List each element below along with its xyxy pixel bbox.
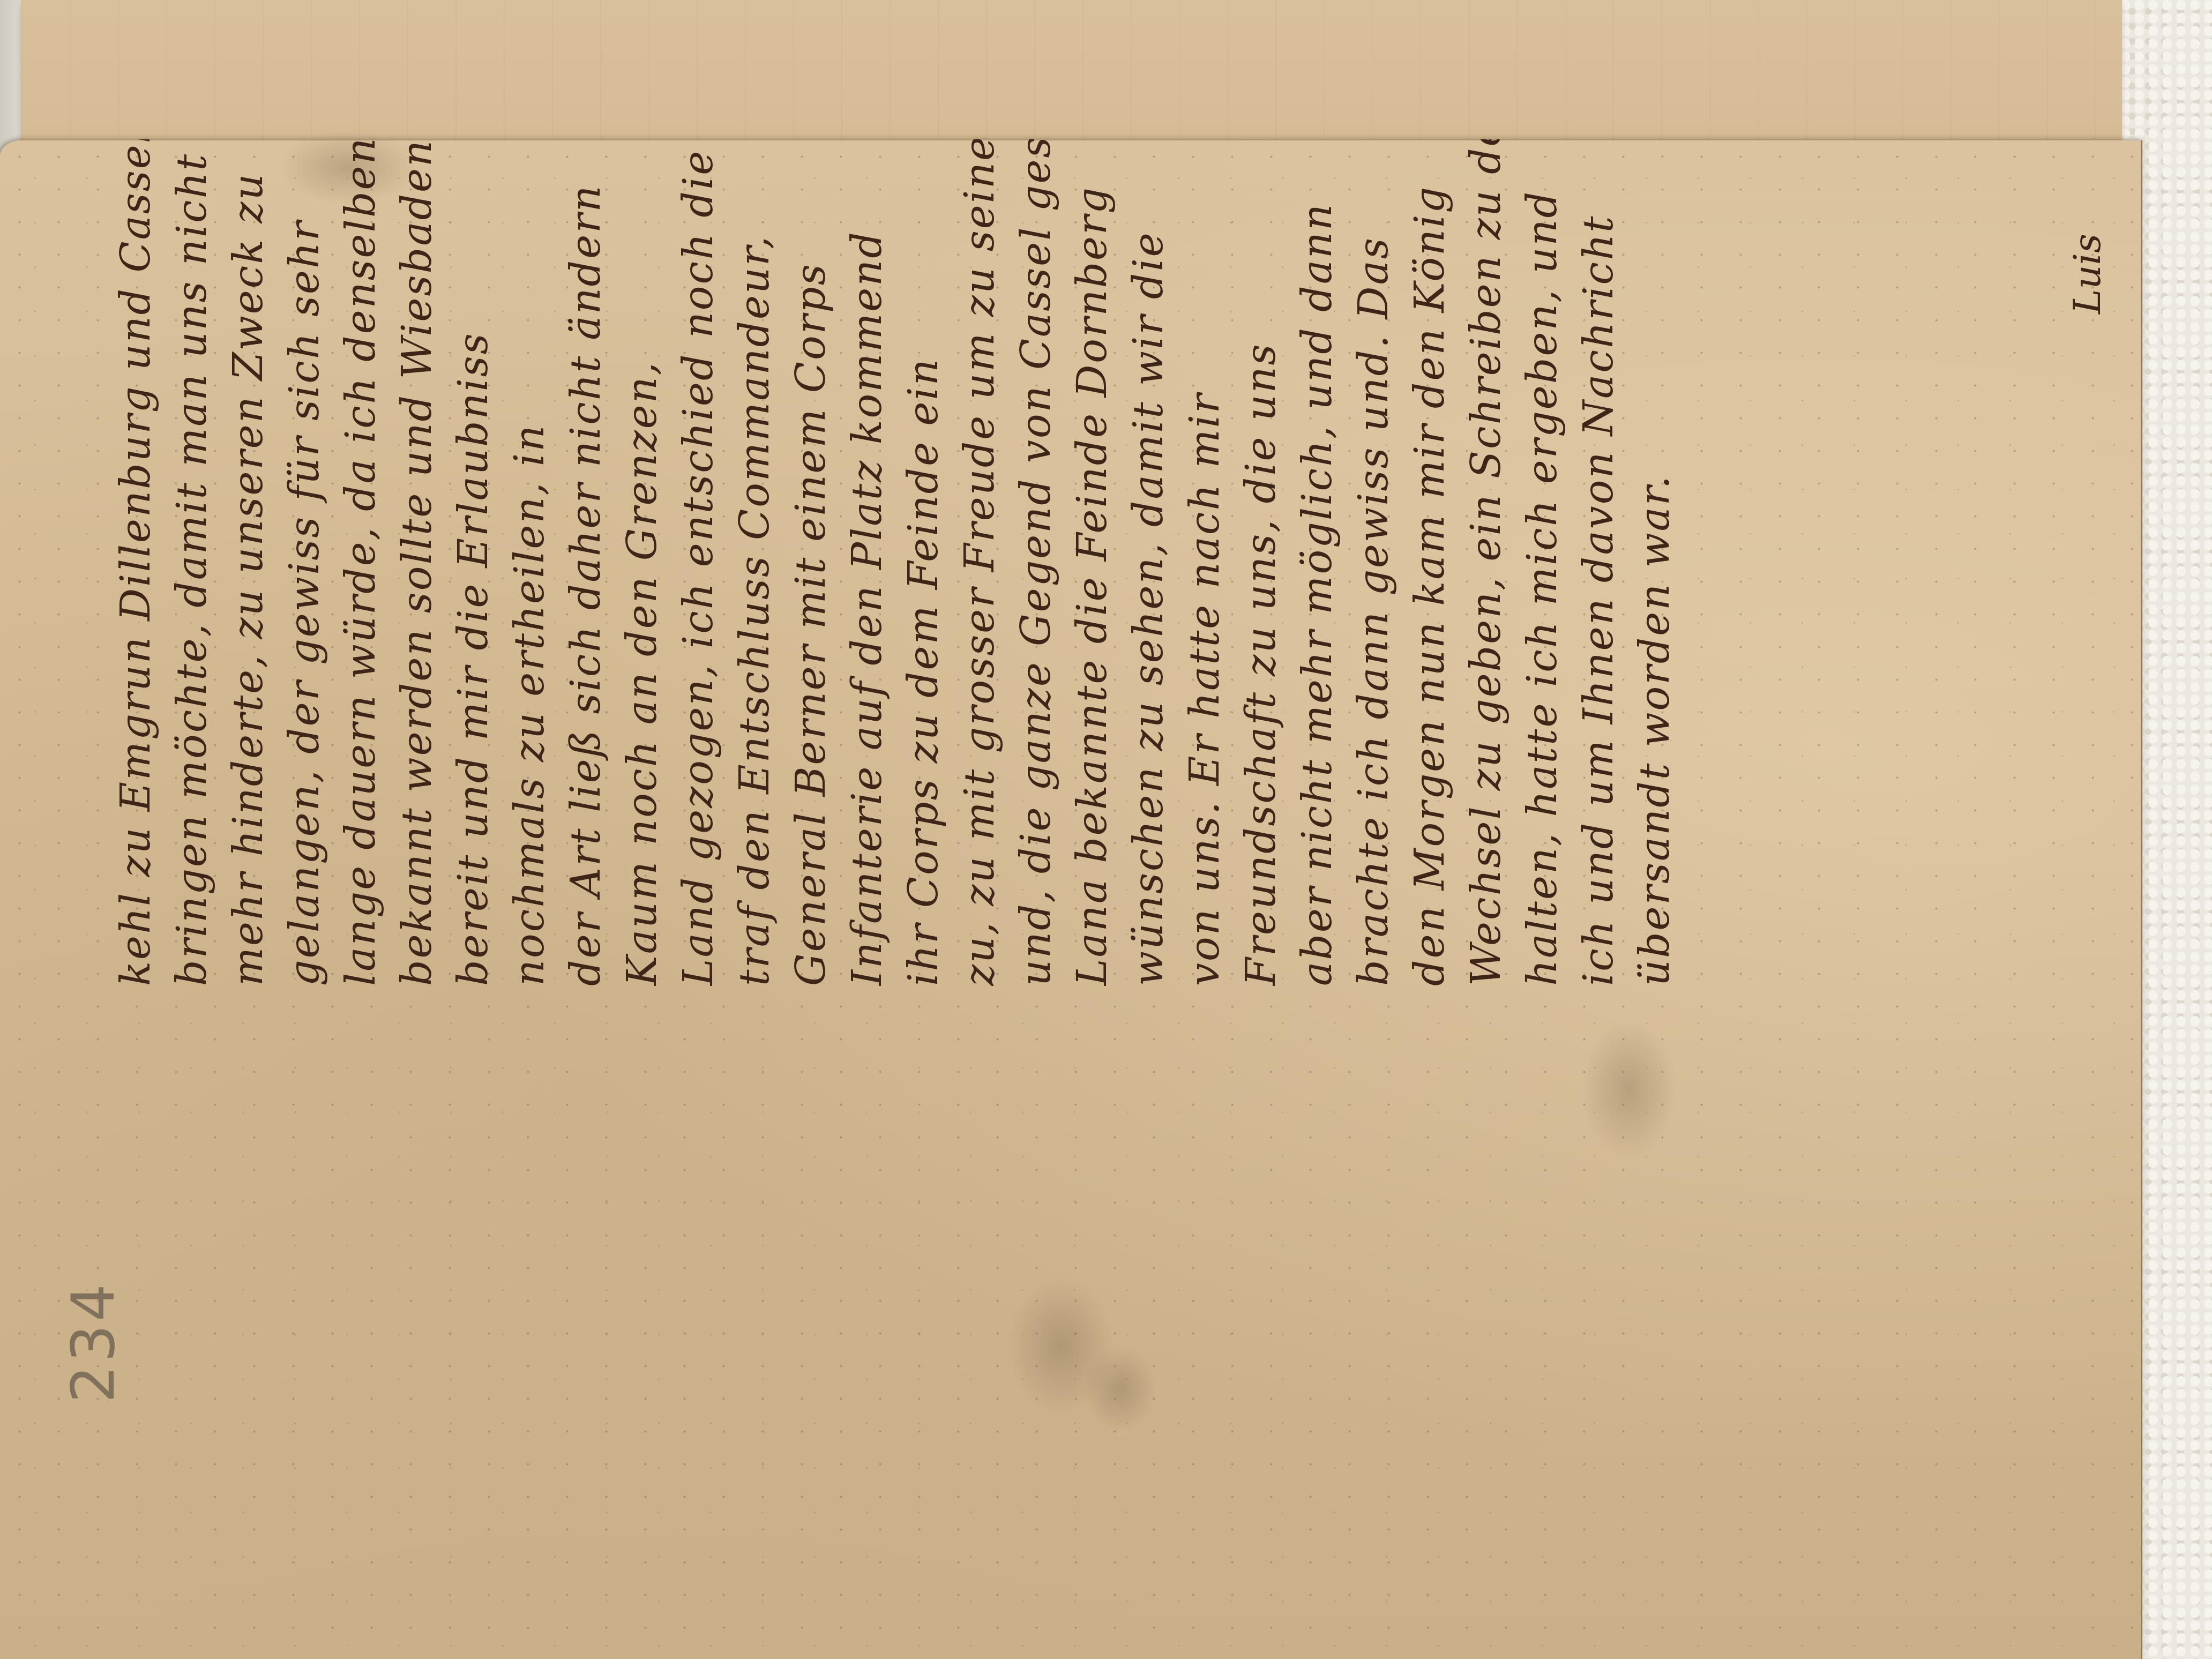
text-line: Wechsel zu geben, ein Schreiben zu den [1458,139,1514,986]
text-line: ihr Corps zu dem Feinde ein [895,139,951,986]
text-line: den Morgen nun kam mir den König [1401,139,1458,986]
text-line: Lana bekannte die Feinde Dornberg [1064,139,1120,986]
text-line: von uns. Er hatte nach mir [1176,139,1232,986]
text-line: traf den Entschluss Commandeur, [726,139,782,986]
show-through-stain [1581,1019,1677,1159]
text-line: General Berner mit einem Corps [782,139,839,986]
text-line: gelangen, der gewiss für sich sehr [276,139,332,986]
text-line: zu, zu mit grosser Freude um zu seinen [951,139,1007,986]
text-line: Infanterie auf den Platz kommend [839,139,895,986]
text-line: nochmals zu ertheilen, in [501,139,557,986]
text-line: Kaum noch an den Grenzen, [614,139,670,986]
fingerprint-smudge [1082,1346,1157,1432]
text-line: halten, hatte ich mich ergeben, und [1514,139,1570,986]
text-line: mehr hinderte, zu unseren Zweck zu [220,139,276,986]
text-line: der Art ließ sich daher nicht ändern [557,139,614,986]
text-line: und, die ganze Gegend von Cassel gesetzt [1007,139,1064,986]
text-line: lange dauern würde, da ich denselben [332,139,388,986]
text-line: bereit und mir die Erlaubniss [445,139,501,986]
text-line: bekannt werden sollte und Wiesbaden [388,139,445,986]
text-line: Land gezogen, ich entschied noch die [670,139,726,986]
folio-number: 234 [59,1281,128,1403]
text-line: Freundschaft zu uns, die uns [1232,139,1289,986]
text-line: aber nicht mehr möglich, und dann [1289,139,1345,986]
text-line: wünschen zu sehen, damit wir die [1120,139,1176,986]
text-line: bringen möchte, damit man uns nicht [163,139,220,986]
text-line: übersandt worden war. [1626,139,1683,986]
catchword: Luis [2065,234,2109,314]
text-line: brachte ich dann gewiss und. Das [1345,139,1401,986]
text-line: kehl zu Emgrun Dillenburg und Cassel [107,139,163,986]
handwritten-text-block: kehl zu Emgrun Dillenburg und Cassel bri… [107,139,2047,986]
text-line: ich und um Ihnen davon Nachricht [1570,139,1626,986]
